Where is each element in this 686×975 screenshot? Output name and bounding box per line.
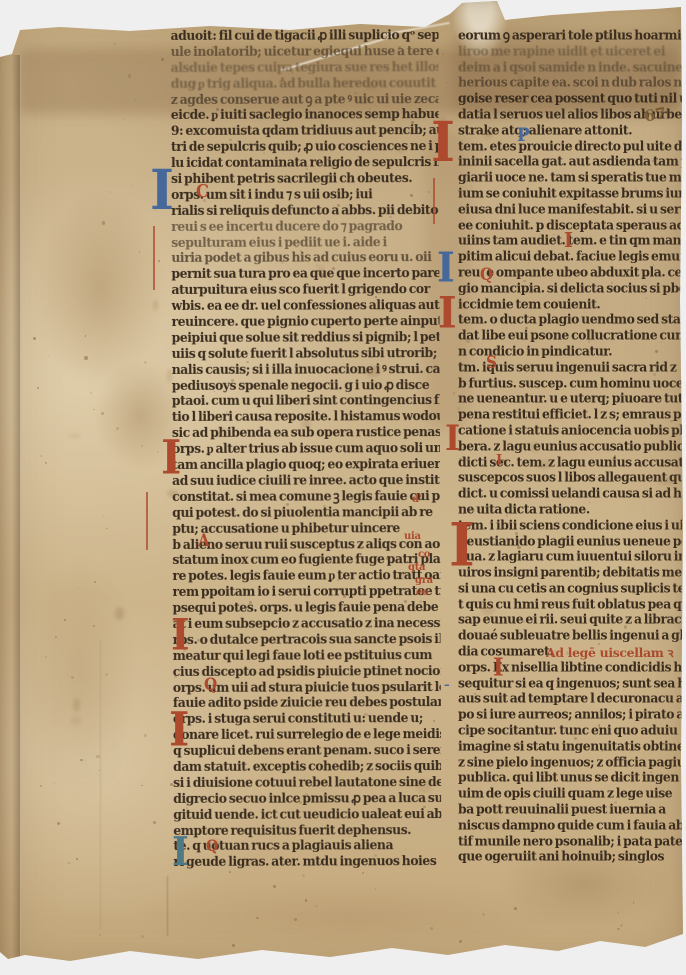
parchment-speckle (135, 100, 136, 101)
parchment-speckle (90, 392, 92, 394)
manuscript-text-line: wbis. ea ee dr. uel confessiones aliquas… (171, 297, 439, 315)
manuscript-text-line: que ogeruiit ani hoinuib; singlos (458, 848, 682, 864)
manuscript-text-line: sap eunue ei rii. seui quite z a libraci (458, 611, 682, 628)
parchment-speckle (617, 928, 620, 931)
manuscript-text-line: si phibent petris sacrilegii ch obeutes. (171, 170, 439, 188)
manuscript-text-line: tif munile nero psonalib; i pata pate (458, 833, 682, 850)
manuscript-text-line: rialis si reliquis defuncto a abbs. pii … (171, 201, 439, 219)
red-initial-i: I (438, 296, 457, 333)
parchment-speckle (166, 94, 167, 95)
manuscript-text-line: uiis q solute fuerit l absolutus sibi ut… (172, 344, 440, 362)
manuscript-text-line: ule inolatorib; uicetur egiequi huse a t… (171, 42, 439, 60)
manuscript-photo: aduoit: fil cui de tigacii ꝓ illi suplic… (0, 0, 686, 975)
manuscript-text-line: dict. u comissi uelandi causa si ad hanc… (458, 485, 682, 502)
parchment-speckle (64, 619, 67, 622)
parchment-speckle (514, 907, 517, 910)
manuscript-text-line: si una cu cetis an cognius suplicis tene… (458, 580, 682, 597)
parchment-speckle (141, 785, 142, 786)
manuscript-text-line: oua. z lagiaru cum iuuentui siloru in (458, 548, 682, 565)
manuscript-text-line: ri geude ligras. ater. mtdu ingenuos hoi… (173, 853, 441, 870)
parchment-speckle (93, 625, 95, 627)
parchment-speckle (302, 874, 305, 877)
manuscript-text-line: at i eum subsepcio z accusatio z ina nec… (173, 614, 441, 632)
parchment-speckle (232, 944, 235, 947)
parchment-speckle (459, 940, 462, 943)
manuscript-text-line: cipe socitantur. tunc eni quo aduiu (458, 722, 682, 739)
parchment-speckle (124, 119, 126, 121)
manuscript-text-line: tem. i ibii sciens condicione eius i uit… (458, 517, 682, 534)
manuscript-text-line: lu icidat contaminata religio de sepulcr… (171, 154, 439, 172)
manuscript-text-line: orps. Ex nisellia libtine condicidis hoi… (458, 659, 682, 676)
red-initial-i: I (445, 424, 460, 454)
manuscript-text-line: herious capite ea. scoi n dub ralos ne p… (458, 74, 682, 91)
text-column-left: aduoit: fil cui de tigacii ꝓ illi suplic… (171, 27, 442, 870)
parchment-speckle (153, 821, 156, 824)
parchment-blotch (115, 607, 123, 620)
blue-initial-i: I (437, 250, 455, 285)
parchment-speckle (109, 191, 112, 194)
red-initial-i: I (496, 455, 502, 467)
parchment-speckle (144, 734, 147, 737)
red-initial-q: Q (204, 678, 217, 692)
manuscript-text-line: si i diuisione cotuui rebel lautatone si… (173, 773, 441, 791)
marginal-note: d' (412, 494, 421, 505)
parchment-speckle (41, 165, 42, 166)
manuscript-text-line: rps. o dutalce pertracois sua sancte pso… (173, 630, 441, 648)
manuscript-text-line: iccidmie tem couienit. (458, 296, 682, 313)
manuscript-text-line: uim de opis ciuili quam z lege uise (458, 785, 682, 802)
parchment-speckle (125, 612, 126, 613)
parchment-speckle (93, 409, 94, 410)
manuscript-text-line: bera. z lagu eunius accusatio publici in… (458, 438, 682, 455)
parchment-speckle (576, 948, 577, 949)
parchment-speckle (45, 656, 46, 657)
folio-number: 67 (643, 103, 668, 126)
manuscript-text-line: ininii sacella gat. aut asdienda tam pla (458, 153, 682, 170)
manuscript-text-line: giarii uoce ne. tam si speratis tue mauc… (458, 169, 682, 186)
parchment-speckle (430, 927, 433, 930)
parchment-speckle (128, 74, 131, 77)
marginal-note: eo (416, 587, 428, 598)
parchment-speckle (102, 221, 105, 224)
parchment-speckle (105, 673, 108, 676)
marginal-note: qta (408, 562, 425, 573)
red-initial-i: I (564, 232, 573, 249)
manuscript-text-line: qui potest. do si piuolentia mancipii ab… (172, 503, 440, 521)
parchment-speckle (84, 356, 88, 360)
manuscript-text-line: psequi potes. orps. u legis fauie pena d… (173, 599, 441, 617)
parchment-speckle (446, 82, 448, 84)
manuscript-text-line: dam statuit. exceptis cohedib; z sociis … (173, 757, 441, 775)
parchment-blotch (68, 434, 81, 439)
red-initial-i: I (161, 438, 181, 478)
parchment-speckle (55, 636, 57, 638)
manuscript-text-line: publica. qui libt unus se dicit ingen (458, 769, 682, 786)
manuscript-text-line: liroo me rapine uidit et uiceret ei (458, 43, 682, 60)
marginal-note: gra (415, 575, 433, 586)
manuscript-leaf: aduoit: fil cui de tigacii ꝓ illi suplic… (0, 0, 686, 975)
parchment-blotch (71, 717, 81, 725)
parchment-speckle (157, 451, 159, 453)
manuscript-text-line: nalis causis; si i illa inuocacione i ꝰ … (172, 360, 440, 378)
parchment-speckle (161, 58, 164, 61)
manuscript-text-line: tem. o ducta plagio uendmo sed staui si … (458, 311, 682, 328)
blue-initial-–: – (444, 680, 450, 690)
blue-initial-i: I (150, 168, 174, 215)
parchment-speckle (114, 43, 116, 45)
parchment-speckle (620, 924, 623, 927)
parchment-speckle (80, 759, 83, 762)
manuscript-text-line: eorum ꝯ asperari tole ptilus hoarmie (458, 27, 682, 44)
parchment-speckle (633, 902, 635, 904)
manuscript-text-line: dicti sec. tem. z lagu eunius accusato c… (458, 454, 682, 471)
binding-stub (0, 55, 21, 960)
manuscript-text-line: uiros insigni parentib; debitatis men (458, 564, 682, 581)
pen-flourish (433, 178, 435, 224)
parchment-speckle (453, 392, 456, 395)
red-initial-i: I (449, 520, 475, 571)
parchment-speckle (375, 888, 377, 890)
parchment-speckle (139, 251, 141, 253)
manuscript-text-line: tem. etes prouicie directo pul uite d (458, 138, 682, 155)
parchment-speckle (45, 462, 47, 464)
parchment-speckle (57, 822, 60, 825)
stain-mark (140, 880, 560, 950)
manuscript-text-line: suscepcos suos l libos allegauent qui su… (458, 469, 682, 486)
manuscript-text-line: ba pott reuuinalii puest iuernia a (458, 801, 682, 818)
parchment-speckle (99, 934, 101, 936)
manuscript-text-line: aus suit ad temptare l decuronacu ac (458, 690, 682, 707)
manuscript-text-line: ne ueneantur. u e uterq; piuoare tutu so… (458, 390, 682, 407)
parchment-blotch (153, 300, 159, 311)
manuscript-text-line: catione i statuis aniocencia uobis pbe a… (458, 422, 682, 439)
manuscript-text-line: reuincere. que pignio cuperto perte ainp… (172, 313, 440, 331)
parchment-speckle (103, 516, 104, 517)
manuscript-text-line: digrecio secuo inlce pmissu ꝓ pea a luca… (173, 789, 441, 807)
manuscript-text-line: eiusa dni luce manifestabit. si u seruu … (458, 201, 682, 218)
parchment-speckle (362, 872, 365, 875)
manuscript-text-line: reui s ee incertu ducere do ⁊ pagrado (171, 217, 439, 235)
parchment-speckle (446, 759, 447, 760)
parchment-speckle (85, 335, 87, 337)
parchment-speckle (40, 455, 42, 457)
marginal-note: uia (404, 531, 421, 542)
crease-line (100, 640, 101, 930)
parchment-speckle (71, 676, 74, 679)
blue-initial-p: P (517, 128, 530, 144)
rubric-heading: Ad legē uiscellam ꝛ (546, 644, 673, 661)
parchment-speckle (94, 581, 96, 583)
parchment-speckle (622, 883, 623, 884)
stain-mark (35, 190, 165, 390)
red-initial-q: Q (206, 840, 218, 853)
parchment-speckle (33, 337, 36, 340)
manuscript-text-line: ad suu iudice ciuili re inree. acto que … (172, 471, 440, 489)
manuscript-text-line: z sine pielo ingenuos; z officia pagiur (458, 754, 682, 771)
parchment-speckle (40, 785, 43, 788)
parchment-speckle (144, 361, 147, 364)
manuscript-text-line: gituid uende. ict cut ueudicio ualeat eu… (173, 805, 441, 823)
manuscript-text-line: deim a i qsoi samide n inde. sacuine rep (458, 59, 682, 76)
text-column-right: eorum ꝯ asperari tole ptilus hoarmieliro… (458, 27, 682, 864)
crease-line (167, 876, 168, 936)
parchment-speckle (116, 427, 119, 430)
parchment-speckle (77, 587, 78, 588)
parchment-speckle (256, 917, 259, 920)
stain-mark (25, 560, 135, 800)
parchment-speckle (170, 783, 173, 786)
pen-flourish (153, 226, 155, 290)
manuscript-text-line: orps. ᵱ alter trius ab issue cum aquo so… (172, 440, 440, 458)
red-initial-c: C (196, 184, 209, 199)
red-initial-i: I (493, 658, 504, 679)
manuscript-text-line: niscus dampno quide cum i fauia ab (458, 817, 682, 834)
parchment-speckle (130, 185, 132, 187)
manuscript-text-line: dug ᵱ trig aliqua. ad bulla heredou couu… (171, 74, 439, 92)
marginal-note: co (418, 549, 430, 560)
teal-initial-i: I (172, 836, 189, 869)
parchment-speckle (68, 862, 70, 864)
red-initial-q: Q (480, 268, 493, 282)
red-initial-s: S (486, 356, 497, 370)
parchment-blotch (73, 698, 80, 712)
parchment-speckle (482, 913, 485, 916)
manuscript-text-line: t quis cu hmi reus fuit oblatus pea qu (458, 596, 682, 613)
manuscript-text-line: q suplicui debens erant penam. suco i se… (173, 742, 441, 760)
manuscript-text-line: tam ancilla plagio quoq; eo expirata eri… (172, 456, 440, 474)
parchment-speckle (124, 892, 125, 893)
manuscript-text-line: meatur qui legi faue loti ee pstituius c… (173, 646, 441, 664)
manuscript-text-line: ium se coniuhit expitasse brums iurudne (458, 185, 682, 202)
red-initial-i: I (171, 618, 190, 655)
manuscript-text-line: ne uita dicta ratione. (458, 501, 682, 518)
manuscript-text-line: dat libe eui psone collucratione cum com… (458, 327, 682, 344)
parchment-speckle (48, 356, 49, 357)
parchment-speckle (305, 899, 308, 902)
parchment-speckle (229, 871, 231, 873)
parchment-speckle (617, 912, 620, 915)
manuscript-text-line: b furtius. suscep. cum hominu uoce sunt … (458, 375, 682, 392)
parchment-speckle (158, 260, 160, 262)
red-initial-a: A (198, 534, 210, 548)
parchment-speckle (53, 783, 55, 785)
manuscript-text-line: imagine si statu ingenuitatis obtine (458, 738, 682, 755)
parchment-speckle (37, 387, 39, 389)
manuscript-text-line: douaé subleuatre bellis ingenui a gli (458, 627, 682, 644)
parchment-speckle (141, 935, 144, 938)
pen-flourish (146, 492, 148, 550)
parchment-speckle (76, 858, 78, 860)
manuscript-text-line: alsduie tepes cuipa tegiura sue res het … (171, 58, 439, 76)
parchment-speckle (273, 885, 276, 888)
manuscript-text-line: goise reser cea possent quo tuti nil uii… (458, 90, 682, 107)
manuscript-text-line: peipiui que solue sit reddius si pignib;… (172, 328, 440, 346)
manuscript-text-line: sequitur si ea q ingenuos; sunt sea hono (458, 675, 682, 692)
red-initial-i: I (431, 120, 455, 167)
manuscript-text-line: pena restitui efficiet. l z s; emraus pl… (458, 406, 682, 423)
manuscript-text-line: ptu; accusatione u phibetur uincere (172, 519, 440, 537)
parchment-speckle (442, 53, 444, 55)
manuscript-text-line: aduoit: fil cui de tigacii ꝓ illi suplic… (171, 27, 439, 45)
parchment-speckle (106, 528, 108, 530)
parchment-speckle (315, 905, 317, 907)
red-initial-i: I (169, 710, 189, 750)
manuscript-text-line: po si iure aurreos; annilos; i pirato ap (458, 706, 682, 723)
manuscript-text-line: neustianido plagii eunius ueneue pea (458, 533, 682, 550)
manuscript-text-line: orps. um sit i indu ⁊ s uii osib; iui (171, 185, 439, 203)
parchment-speckle (101, 412, 104, 415)
manuscript-text-line: constitat. si mea comune ꝫ legis fauie c… (172, 487, 440, 505)
parchment-speckle (294, 918, 297, 921)
parchment-speckle (141, 445, 143, 447)
